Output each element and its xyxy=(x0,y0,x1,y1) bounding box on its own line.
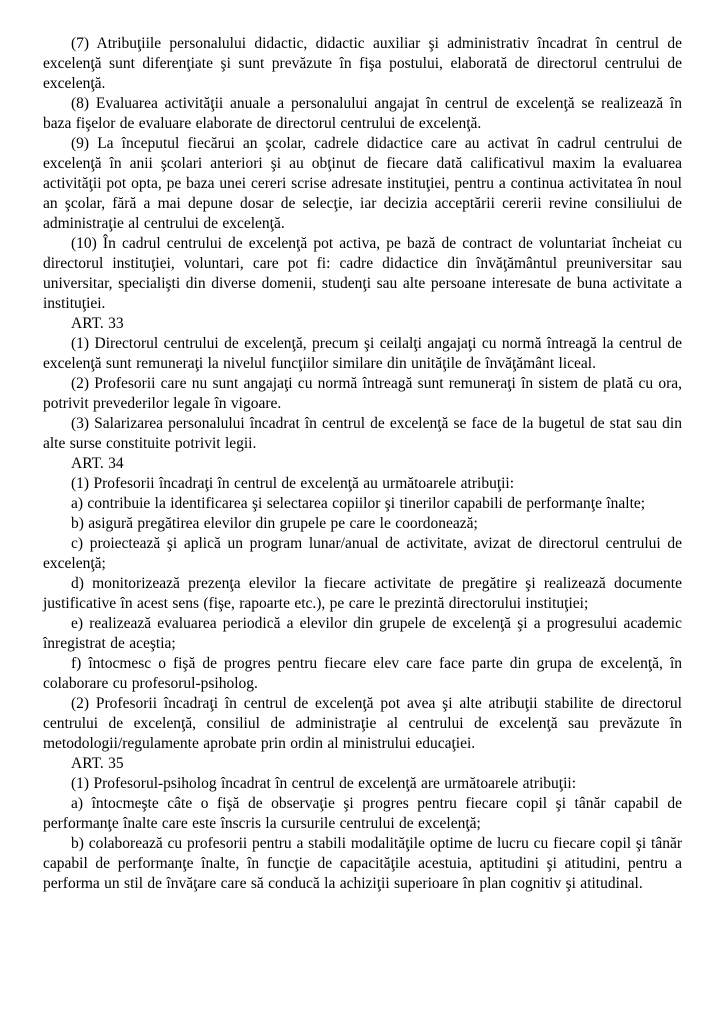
article-35-paragraph-1: (1) Profesorul-psiholog încadrat în cent… xyxy=(43,774,682,794)
article-33-paragraph-3: (3) Salarizarea personalului încadrat în… xyxy=(43,414,682,454)
article-34-item-d: d) monitorizează prezenţa elevilor la fi… xyxy=(43,574,682,614)
article-34-item-b: b) asigură pregătirea elevilor din grupe… xyxy=(43,514,682,534)
article-35-item-a: a) întocmeşte câte o fişă de observaţie … xyxy=(43,794,682,834)
article-35-heading: ART. 35 xyxy=(43,754,682,774)
article-33-heading: ART. 33 xyxy=(43,314,682,334)
paragraph-7: (7) Atribuţiile personalului didactic, d… xyxy=(43,34,682,94)
article-34-heading: ART. 34 xyxy=(43,454,682,474)
article-34-item-c: c) proiectează şi aplică un program luna… xyxy=(43,534,682,574)
article-34-item-e: e) realizează evaluarea periodică a elev… xyxy=(43,614,682,654)
article-34-item-f: f) întocmesc o fişă de progres pentru fi… xyxy=(43,654,682,694)
paragraph-9: (9) La începutul fiecărui an şcolar, cad… xyxy=(43,134,682,234)
article-33-paragraph-1: (1) Directorul centrului de excelenţă, p… xyxy=(43,334,682,374)
paragraph-10: (10) În cadrul centrului de excelenţă po… xyxy=(43,234,682,314)
document-page: (7) Atribuţiile personalului didactic, d… xyxy=(0,0,724,1024)
article-34-item-a: a) contribuie la identificarea şi select… xyxy=(43,494,682,514)
article-34-paragraph-1: (1) Profesorii încadraţi în centrul de e… xyxy=(43,474,682,494)
article-34-paragraph-2: (2) Profesorii încadraţi în centrul de e… xyxy=(43,694,682,754)
article-35-item-b: b) colaborează cu profesorii pentru a st… xyxy=(43,834,682,894)
paragraph-8: (8) Evaluarea activităţii anuale a perso… xyxy=(43,94,682,134)
document-body: (7) Atribuţiile personalului didactic, d… xyxy=(43,34,682,894)
article-33-paragraph-2: (2) Profesorii care nu sunt angajaţi cu … xyxy=(43,374,682,414)
